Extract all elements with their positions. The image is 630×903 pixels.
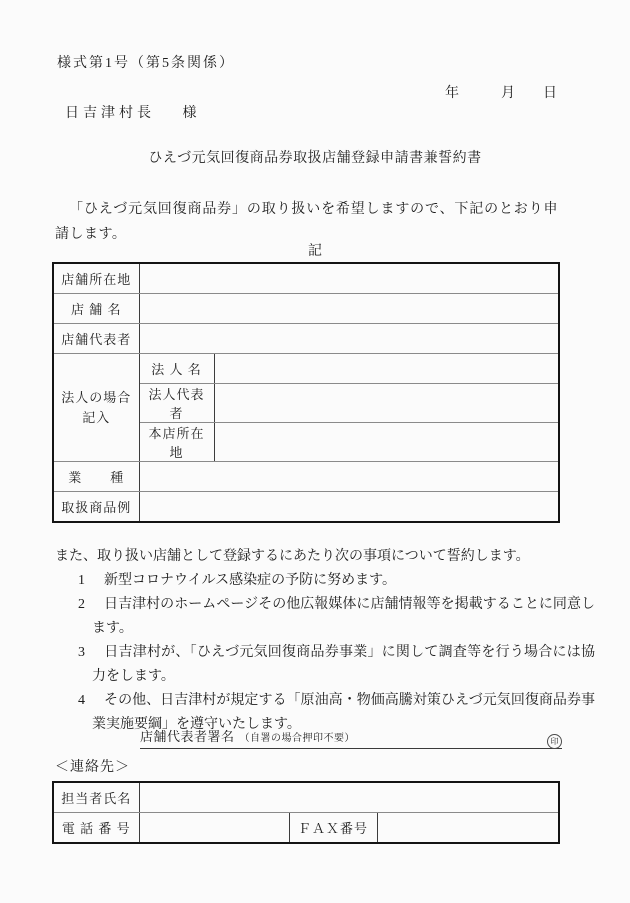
store-representative-label: 店舗代表者: [53, 324, 139, 354]
date-month-label: 月: [501, 85, 515, 103]
table-row: 電 話 番 号 ＦＡＸ番号: [53, 813, 559, 844]
store-name-label: 店 舗 名: [53, 294, 139, 324]
head-office-label: 本店所在地: [139, 423, 214, 462]
table-row: 担当者氏名: [53, 782, 559, 813]
contact-person-label: 担当者氏名: [53, 782, 139, 813]
table-row: 業 種: [53, 462, 559, 492]
corporate-representative-value: [214, 384, 559, 423]
form-number: 様式第1号（第5条関係）: [57, 55, 630, 73]
addressee-line: 日吉津村長 様: [65, 105, 630, 123]
business-type-value: [139, 462, 559, 492]
contact-person-value: [139, 782, 559, 813]
table-row: 法人の場合 記入 法 人 名: [53, 354, 559, 384]
table-row: 店舗代表者: [53, 324, 559, 354]
corporate-representative-label: 法人代表者: [139, 384, 214, 423]
store-representative-value: [139, 324, 559, 354]
addressee-name: 日吉津村長: [65, 106, 155, 121]
pledge-item-number: 4: [78, 689, 104, 713]
pledge-item-text: 日吉津村が、「ひえづ元気回復商品券事業」に関して調査等を行う場合には協力をします…: [92, 645, 595, 684]
phone-label: 電 話 番 号: [53, 813, 139, 844]
intro-paragraph: 「ひえづ元気回復商品券」の取り扱いを希望しますので、下記のとおり申請します。: [55, 197, 558, 247]
date-line: 年 月 日: [0, 85, 630, 103]
corporate-name-label: 法 人 名: [139, 354, 214, 384]
table-row: 店 舗 名: [53, 294, 559, 324]
products-label: 取扱商品例: [53, 492, 139, 523]
table-row: 取扱商品例: [53, 492, 559, 523]
application-table: 店舗所在地 店 舗 名 店舗代表者 法人の場合 記入 法 人 名 法人代表者 本…: [52, 262, 560, 523]
pledge-item-2: 2日吉津村のホームページその他広報媒体に店舗情報等を掲載することに同意します。: [55, 593, 595, 641]
pledge-item-3: 3日吉津村が、「ひえづ元気回復商品券事業」に関して調査等を行う場合には協力をしま…: [55, 641, 595, 689]
document-page: 様式第1号（第5条関係） 年 月 日 日吉津村長 様 ひえづ元気回復商品券取扱店…: [0, 0, 630, 903]
document-title: ひえづ元気回復商品券取扱店舗登録申請書兼誓約書: [0, 150, 630, 168]
table-row: 店舗所在地: [53, 263, 559, 294]
signature-label: 店舗代表者署名: [140, 730, 235, 744]
corporate-group-label: 法人の場合 記入: [53, 354, 139, 462]
pledge-item-number: 3: [78, 641, 104, 665]
addressee-honorific: 様: [183, 106, 197, 121]
contact-heading: ＜連絡先＞: [55, 759, 630, 777]
pledge-item-text: 日吉津村のホームページその他広報媒体に店舗情報等を掲載することに同意します。: [92, 597, 595, 636]
fax-label: ＦＡＸ番号: [289, 813, 377, 844]
corporate-name-value: [214, 354, 559, 384]
date-day-label: 日: [543, 85, 557, 103]
store-name-value: [139, 294, 559, 324]
signature-line: 店舗代表者署名 （自署の場合押印不要） 印: [140, 730, 562, 749]
pledge-item-1: 1新型コロナウイルス感染症の予防に努めます。: [55, 569, 595, 593]
business-type-label: 業 種: [53, 462, 139, 492]
pledge-item-text: 新型コロナウイルス感染症の予防に努めます。: [104, 573, 396, 588]
pledge-item-number: 2: [78, 593, 104, 617]
head-office-value: [214, 423, 559, 462]
products-value: [139, 492, 559, 523]
store-address-value: [139, 263, 559, 294]
date-year-label: 年: [445, 85, 459, 103]
pledge-lead: また、取り扱い店舗として登録するにあたり次の事項について誓約します。: [55, 545, 630, 569]
contact-table: 担当者氏名 電 話 番 号 ＦＡＸ番号: [52, 781, 560, 844]
fax-value: [377, 813, 559, 844]
signature-note: （自署の場合押印不要）: [240, 732, 356, 746]
phone-value: [139, 813, 289, 844]
seal-icon: 印: [547, 734, 562, 749]
store-address-label: 店舗所在地: [53, 263, 139, 294]
pledge-item-text: その他、日吉津村が規定する「原油高・物価高騰対策ひえづ元気回復商品券事業実施要綱…: [92, 693, 595, 732]
pledge-item-number: 1: [78, 569, 104, 593]
